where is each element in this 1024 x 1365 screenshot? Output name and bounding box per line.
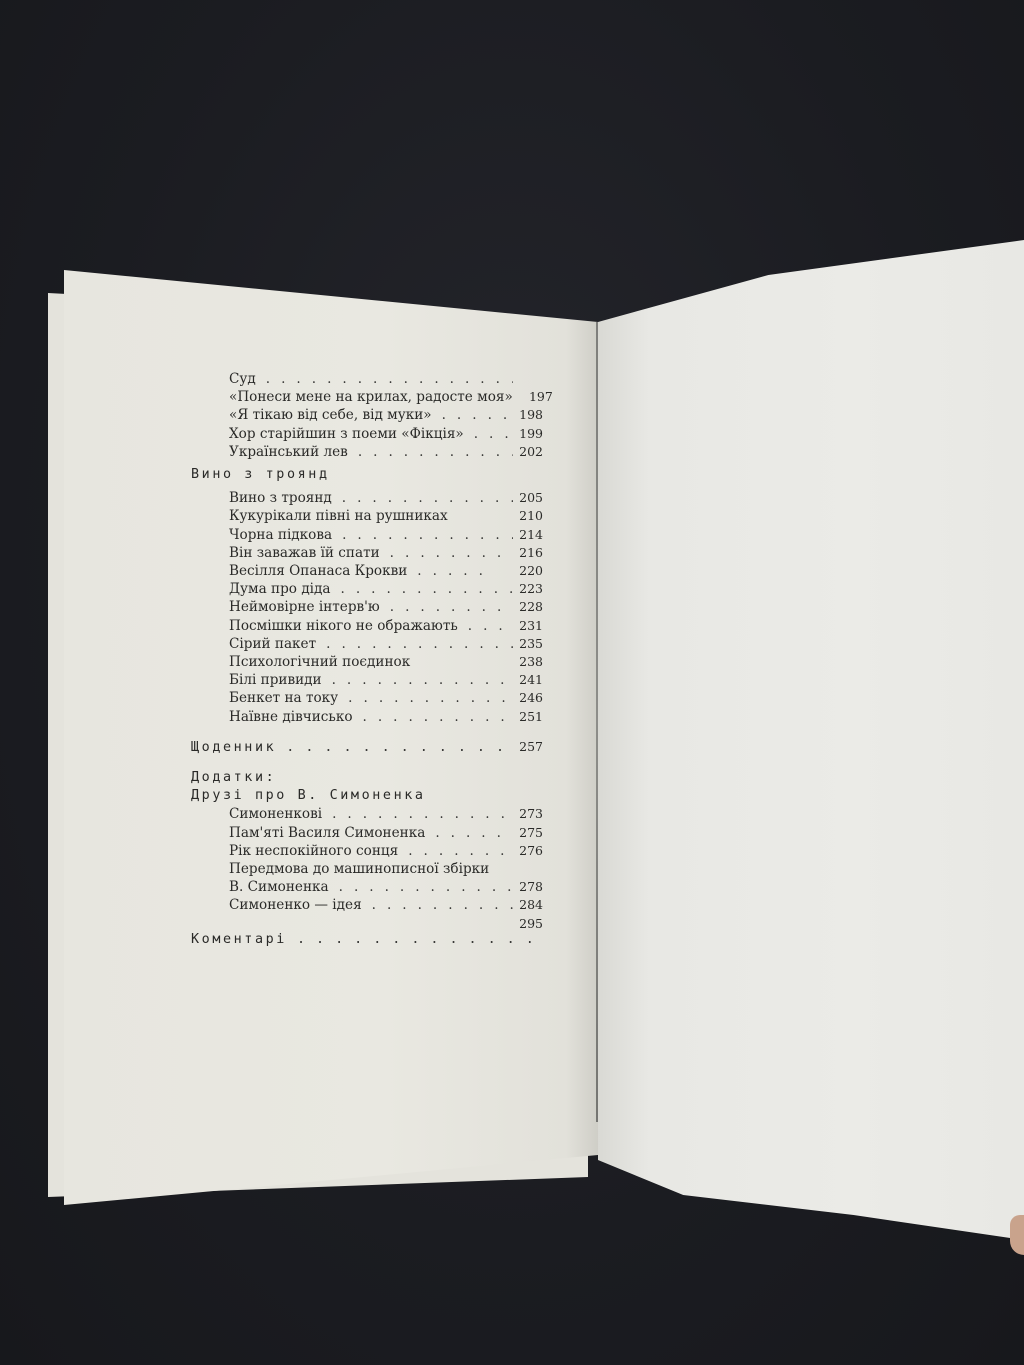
leader-dots: .....: [407, 562, 513, 580]
leader-dots: ....................: [329, 878, 513, 896]
holding-finger: [1010, 1215, 1024, 1255]
leader-dots: ..........: [432, 406, 513, 424]
toc-entry: Наївне дівчисько .................... 25…: [191, 708, 543, 726]
leader-dots: ....................: [353, 708, 514, 726]
book-gutter: [596, 322, 598, 1122]
toc-entry: Бенкет на току .................... 246: [191, 689, 543, 707]
leader-dots: ....................: [338, 689, 513, 707]
section-commentary: Коментарі ....................: [191, 931, 543, 949]
toc-entry: Посмішки нікого не ображають .... 231: [191, 617, 543, 635]
toc-entry: Неймовірне інтерв'ю .......... 228: [191, 598, 543, 616]
leader-dots: ....: [458, 617, 513, 635]
toc-entry: Кукурікали півні на рушниках 210: [191, 507, 543, 525]
toc-entry: Суд ..........................: [191, 370, 543, 388]
section-diary: Щоденник .................... 257: [191, 738, 543, 757]
leader-dots: .....: [464, 425, 513, 443]
toc-entry: Весілля Опанаса Крокви ..... 220: [191, 562, 543, 580]
toc-entry: В. Симоненка .................... 278: [191, 878, 543, 896]
toc-entry: «Я тікаю від себе, від муки» .......... …: [191, 406, 543, 424]
right-page-blank: [598, 240, 1024, 1240]
section-appendix: Додатки:: [191, 769, 543, 787]
toc-entry: Рік неспокійного сонця ......... 276: [191, 842, 543, 860]
toc-entry: Пам'яті Василя Симоненка ......... 275: [191, 824, 543, 842]
leader-dots: ..........: [380, 544, 513, 562]
section-friends-subheading: Друзі про В. Симоненка: [191, 787, 543, 805]
leader-dots: .........: [425, 824, 513, 842]
toc-entry: Симоненко — ідея .................... 28…: [191, 896, 543, 914]
table-of-contents: Суд .......................... «Понеси м…: [191, 370, 543, 949]
toc-entry: Білі привиди .................... 241: [191, 671, 543, 689]
leader-dots: ....................: [316, 635, 513, 653]
toc-entry: Психологічний поєдинок 238: [191, 653, 543, 671]
leader-dots: ....................: [331, 580, 513, 598]
toc-entry: Вино з троянд .................... 205: [191, 489, 543, 507]
toc-entry: Хор старійшин з поеми «Фікція» ..... 199: [191, 425, 543, 443]
leader-dots: ....................: [287, 931, 543, 949]
leader-dots: ....................: [276, 739, 513, 757]
toc-entry: «Понеси мене на крилах, радосте моя» 197: [191, 388, 543, 406]
toc-entry: Він заважав їй спати .......... 216: [191, 544, 543, 562]
leader-dots: ....................: [322, 671, 513, 689]
leader-dots: ..........................: [256, 370, 513, 388]
section-heading-wine: Вино з троянд: [191, 466, 543, 484]
leader-dots: ..........: [380, 598, 513, 616]
toc-entry: Симоненкові .................... 273: [191, 805, 543, 823]
toc-entry: Український лев ................... 202: [191, 443, 543, 461]
leader-dots: ....................: [322, 805, 513, 823]
leader-dots: ....................: [332, 489, 513, 507]
leader-dots: ....................: [332, 526, 513, 544]
toc-entry: Дума про діда .................... 223: [191, 580, 543, 598]
toc-entry: Передмова до машинописної збірки: [191, 860, 543, 878]
leader-dots: ...................: [348, 443, 513, 461]
leader-dots: ....................: [362, 896, 513, 914]
leader-dots: .........: [398, 842, 513, 860]
toc-entry: Чорна підкова .................... 214: [191, 526, 543, 544]
toc-entry: Сірий пакет .................... 235: [191, 635, 543, 653]
